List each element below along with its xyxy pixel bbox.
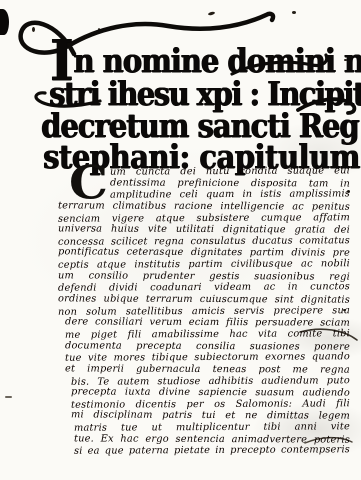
body-line: um cuncta dei nutu condita suaque eui (110, 165, 350, 178)
body-text: um cuncta dei nutu condita suaque eui de… (58, 166, 350, 457)
manuscript-page: In nomine domini no stri ihesu xpi : Inc… (0, 0, 361, 480)
body-line: ceptis atque institutis partim civilibus… (58, 258, 350, 271)
heading-line-1: In nomine domini no (50, 44, 361, 78)
body-line: me piget fili amabilissime hac vita comi… (65, 328, 350, 341)
body-line: amplitudine celi quam in istis amplissim… (110, 189, 350, 202)
ink-speck (208, 11, 216, 16)
ink-blob-left-edge (0, 9, 9, 35)
body-line: si ea que paterna pietate in precepto co… (74, 445, 350, 458)
ink-speck (5, 396, 12, 398)
ink-speck (292, 11, 296, 14)
body-line: terrarum climatibus racione intelligenci… (58, 200, 350, 213)
ink-speck (32, 27, 35, 32)
ink-speck (98, 28, 100, 33)
heading-line-2: stri ihesu xpi : Incipit (49, 77, 361, 111)
body-line: et imperii gubernacula teneas post me re… (65, 363, 350, 376)
body-line: ordines ubique terrarum cuiuscumque sint… (58, 293, 350, 306)
body-line: matris tue ut multiplicentur tibi anni v… (74, 421, 350, 434)
